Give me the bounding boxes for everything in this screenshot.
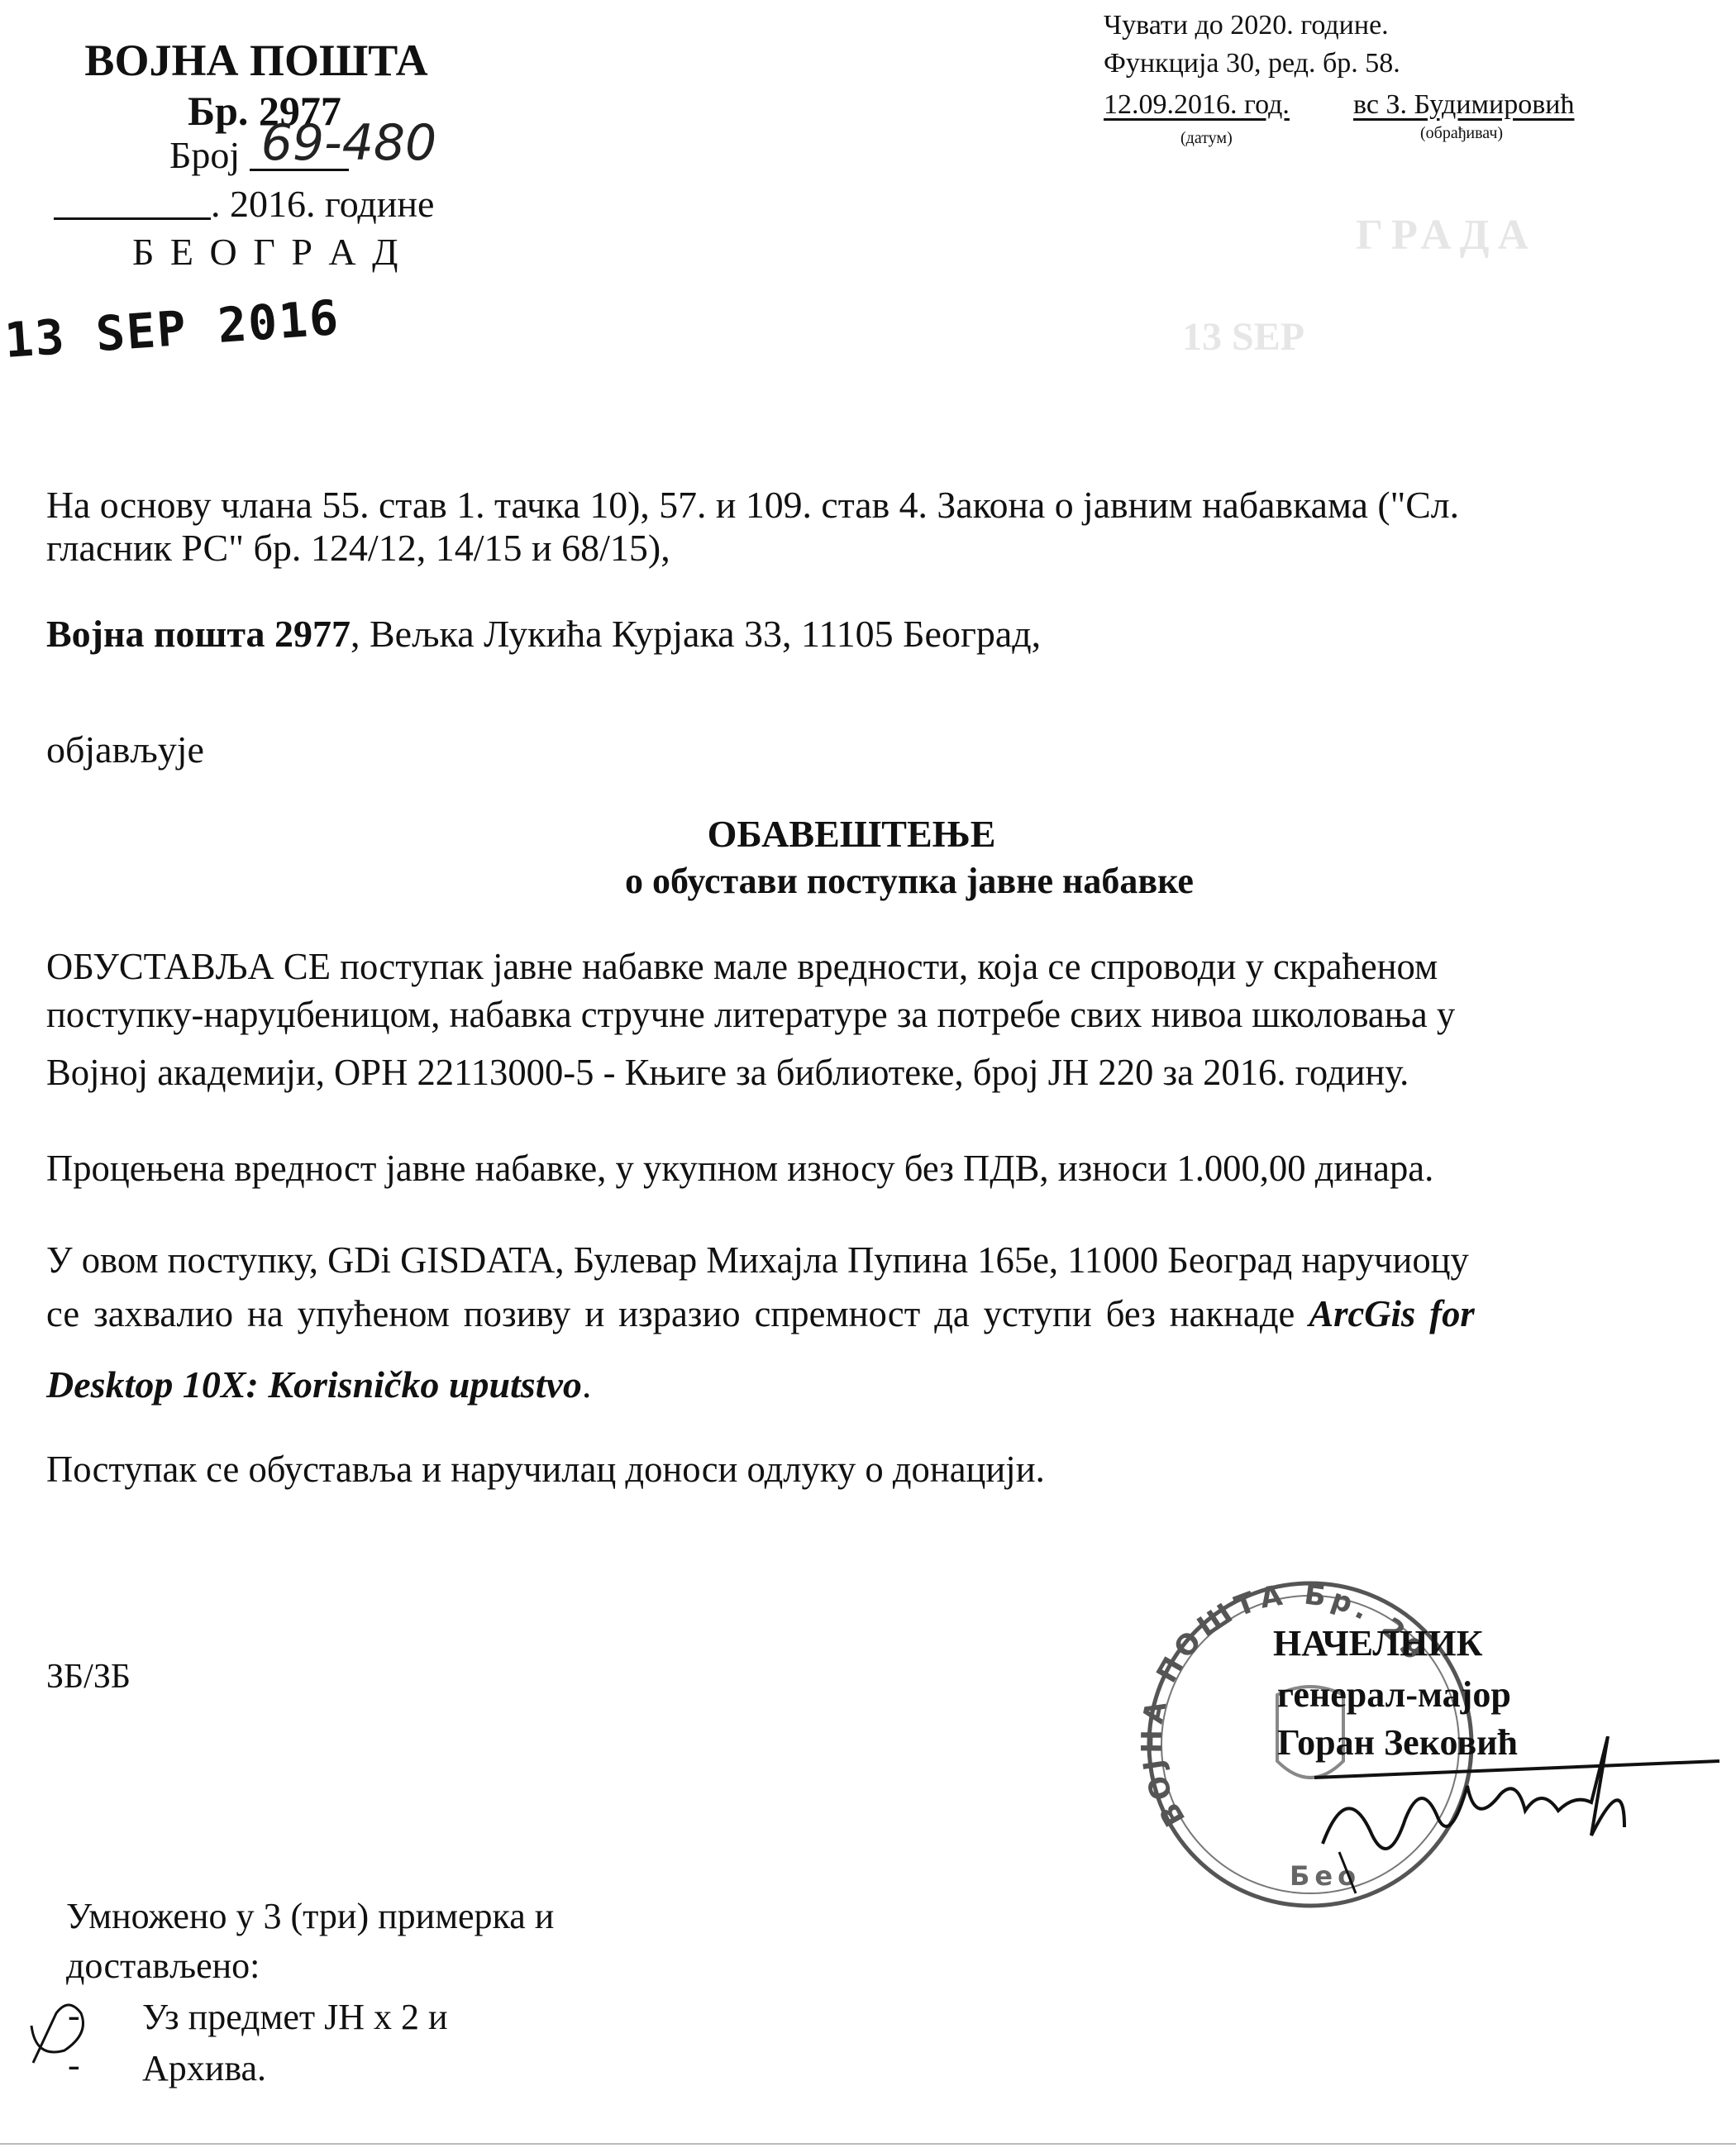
number-label: Број xyxy=(169,134,240,176)
city: Б Е О Г Р А Д xyxy=(132,230,402,274)
date-caption: (датум) xyxy=(1180,129,1233,148)
book-title-part-2: Desktop 10X: Korisničko uputstvo xyxy=(46,1363,582,1406)
scan-edge-divider xyxy=(0,2143,1736,2145)
donation-line-1: У овом поступку, GDi GISDATA, Булевар Ми… xyxy=(46,1238,1469,1282)
donation-text: се захвалио на упућеном позиву и изразио… xyxy=(46,1292,1309,1334)
date-blank xyxy=(54,184,211,220)
keep-until: Чувати до 2020. године. xyxy=(1104,10,1389,41)
org-name: ВОЈНА ПОШТА xyxy=(0,35,513,86)
handwritten-signature-icon xyxy=(1306,1736,1736,1902)
distribution-bullet-2: - xyxy=(68,2044,80,2086)
document-number: Број 69-480 xyxy=(169,132,349,177)
estimated-value: Процењена вредност јавне набавке, у укуп… xyxy=(46,1146,1433,1190)
number-blank: 69-480 xyxy=(250,132,349,171)
distribution-item-2: Архива. xyxy=(142,2047,266,2089)
signatory-title: НАЧЕЛНИК xyxy=(1273,1622,1483,1664)
notice-subtitle: о обустави поступка јавне набавке xyxy=(58,860,1736,902)
suspension-line-3: Војној академији, ОРН 22113000-5 - Књиге… xyxy=(46,1050,1409,1094)
function-ref: Функција 30, ред. бр. 58. xyxy=(1104,48,1400,79)
legal-basis-line-1: На основу члана 55. став 1. тачка 10), 5… xyxy=(46,483,1459,527)
distribution-bullet-1: - xyxy=(68,1994,80,2036)
archive-date: 12.09.2016. год. xyxy=(1104,89,1290,121)
issuer-name: Војна пошта 2977 xyxy=(46,613,351,655)
archive-processor: вс З. Будимировић xyxy=(1353,89,1574,121)
year-suffix: . 2016. године xyxy=(211,183,434,225)
issuer-line: Војна пошта 2977, Вељка Лукића Курјака 3… xyxy=(46,612,1041,656)
signatory-rank: генерал-мајор xyxy=(1277,1673,1511,1716)
processor-caption: (обрађивач) xyxy=(1420,124,1503,143)
donation-end: . xyxy=(582,1363,592,1406)
initials: ЗБ/ЗБ xyxy=(46,1657,131,1697)
bleed-through-ghost: ГРАДА xyxy=(1356,211,1537,260)
distribution-item-1: Уз предмет ЈН x 2 и xyxy=(142,1996,448,2038)
conclusion: Поступак се обуставља и наручилац доноси… xyxy=(46,1447,1045,1491)
issuer-address: , Вељка Лукића Курјака 33, 11105 Београд… xyxy=(351,613,1041,655)
document-date: . 2016. године xyxy=(54,182,434,226)
suspension-line-2: поступку-наруџбеницом, набавка стручне л… xyxy=(46,992,1455,1036)
received-date-stamp: 13 SEP 2016 xyxy=(2,289,341,369)
handwritten-number: 69-480 xyxy=(261,114,437,172)
suspension-line-1: ОБУСТАВЉА СЕ поступак јавне набавке мале… xyxy=(46,944,1438,988)
distribution-intro-2: достављено: xyxy=(66,1945,260,1987)
donation-line-2: се захвалио на упућеном позиву и изразио… xyxy=(46,1291,1475,1335)
handwritten-checkmark-icon xyxy=(25,1993,99,2067)
publishes-label: објављује xyxy=(46,728,204,771)
book-title-part-1: ArcGis for xyxy=(1309,1292,1474,1334)
legal-basis-line-2: гласник РС" бр. 124/12, 14/15 и 68/15), xyxy=(46,526,670,570)
donation-line-3: Desktop 10X: Korisničko uputstvo. xyxy=(46,1363,591,1406)
bleed-through-ghost-date: 13 SEP xyxy=(1182,314,1304,360)
distribution-intro-1: Умножено у 3 (три) примерка и xyxy=(66,1895,554,1937)
notice-title: ОБАВЕШТЕЊЕ xyxy=(0,812,1703,856)
